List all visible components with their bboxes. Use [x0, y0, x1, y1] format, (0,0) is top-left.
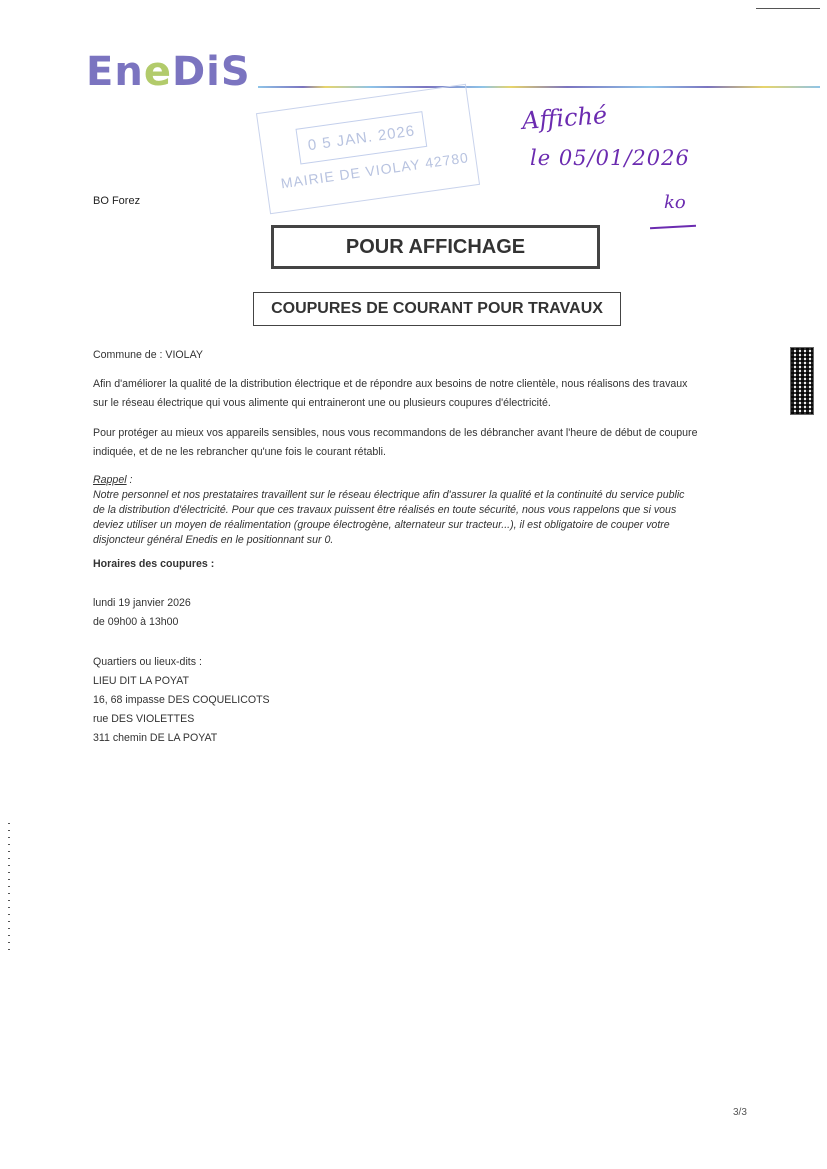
- page-number: 3/3: [733, 1107, 747, 1118]
- datamatrix-code: [790, 347, 814, 415]
- handwritten-initials: ko: [664, 192, 686, 213]
- handwritten-underline: [650, 225, 696, 229]
- outage-schedule: lundi 19 janvier 2026 de 09h00 à 13h00: [93, 594, 758, 632]
- rappel-line1: Notre personnel et nos prestataires trav…: [93, 488, 758, 503]
- paragraph-intro: Afin d'améliorer la qualité de la distri…: [93, 375, 758, 413]
- horaires-label: Horaires des coupures :: [93, 555, 758, 574]
- rappel-colon: :: [127, 474, 133, 486]
- rappel-line2: de la distribution d'électricité. Pour q…: [93, 503, 758, 518]
- para2-line2: indiquée, et de ne les rebrancher qu'une…: [93, 443, 758, 462]
- location-item: 311 chemin DE LA POYAT: [93, 729, 758, 748]
- header-color-rule: [258, 86, 820, 88]
- outage-time: de 09h00 à 13h00: [93, 613, 758, 632]
- logo-text-en: En: [86, 49, 144, 95]
- locations-block: Quartiers ou lieux-dits : LIEU DIT LA PO…: [93, 653, 758, 748]
- location-item: LIEU DIT LA POYAT: [93, 672, 758, 691]
- mairie-stamp: 0 5 JAN. 2026 MAIRIE DE VIOLAY 42780: [256, 84, 480, 215]
- scan-margin-dots: [8, 820, 10, 950]
- para1-line1: Afin d'améliorer la qualité de la distri…: [93, 375, 758, 394]
- paragraph-protect: Pour protéger au mieux vos appareils sen…: [93, 424, 758, 462]
- handwritten-date: le 05/01/2026: [530, 146, 690, 170]
- sub-title: COUPURES DE COURANT POUR TRAVAUX: [253, 292, 621, 326]
- enedis-logo: EneDiS: [86, 52, 251, 92]
- rappel-label: Rappel: [93, 474, 127, 486]
- rappel-line3: deviez utiliser un moyen de réalimentati…: [93, 518, 758, 533]
- scan-mark-line: [756, 8, 820, 9]
- logo-text-dis: DiS: [172, 49, 251, 95]
- rappel-block: Rappel : Notre personnel et nos prestata…: [93, 473, 758, 548]
- location-item: rue DES VIOLETTES: [93, 710, 758, 729]
- logo-text-e: e: [144, 49, 172, 95]
- locations-label: Quartiers ou lieux-dits :: [93, 653, 758, 672]
- commune-line: Commune de : VIOLAY: [93, 346, 758, 365]
- main-title: POUR AFFICHAGE: [271, 225, 600, 269]
- para2-line1: Pour protéger au mieux vos appareils sen…: [93, 424, 758, 443]
- para1-line2: sur le réseau électrique qui vous alimen…: [93, 394, 758, 413]
- location-item: 16, 68 impasse DES COQUELICOTS: [93, 691, 758, 710]
- outage-date: lundi 19 janvier 2026: [93, 594, 758, 613]
- rappel-line4: disjoncteur général Enedis en le positio…: [93, 533, 758, 548]
- handwritten-affiche: Affiché: [521, 101, 608, 135]
- sender-label: BO Forez: [93, 195, 140, 207]
